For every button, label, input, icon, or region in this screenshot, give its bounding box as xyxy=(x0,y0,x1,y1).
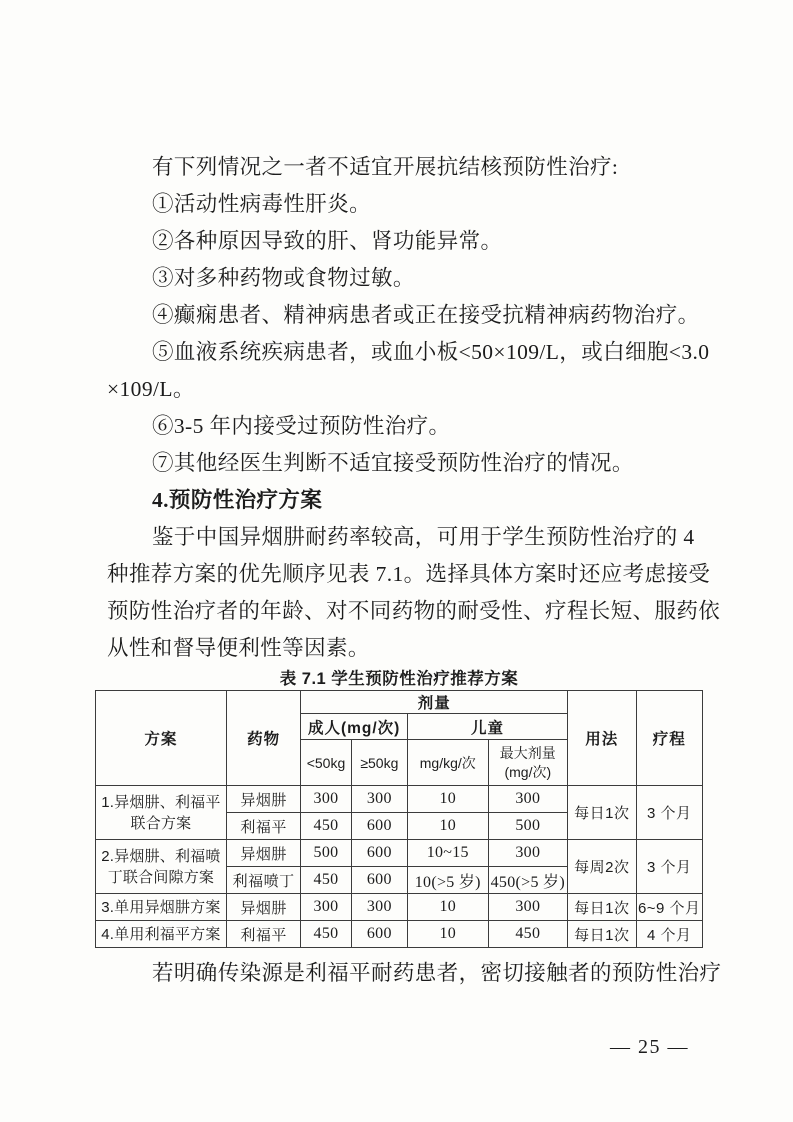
drug-cell: 异烟肼 xyxy=(226,786,300,813)
dose-cell: 10(>5 岁) xyxy=(408,867,489,894)
dose-cell: 300 xyxy=(488,786,568,813)
paragraph-line-1: 鉴于中国异烟肼耐药率较高，可用于学生预防性治疗的 4 xyxy=(107,519,699,556)
plan-cell: 3.单用异烟肼方案 xyxy=(96,894,227,921)
page-number: — 25 — xyxy=(610,1036,689,1059)
header-usage: 用法 xyxy=(568,691,636,786)
course-cell: 3 个月 xyxy=(636,840,703,894)
plan-cell: 2.异烟肼、利福喷丁联合间隙方案 xyxy=(96,840,227,894)
closing-paragraph-line: 若明确传染源是利福平耐药患者，密切接触者的预防性治疗 xyxy=(107,955,699,992)
drug-cell: 利福喷丁 xyxy=(226,867,300,894)
list-item-2: ②各种原因导致的肝、肾功能异常。 xyxy=(107,223,699,260)
list-item-4: ④癫痫患者、精神病患者或正在接受抗精神病药物治疗。 xyxy=(107,297,699,334)
header-adult-ge50kg: ≥50kg xyxy=(351,740,407,786)
dose-cell: 450 xyxy=(301,867,351,894)
dose-cell: 10 xyxy=(408,813,489,840)
text-line-intro: 有下列情况之一者不适宜开展抗结核预防性治疗: xyxy=(107,149,699,186)
course-cell: 4 个月 xyxy=(636,921,703,948)
header-plan: 方案 xyxy=(96,691,227,786)
dose-cell: 600 xyxy=(351,840,407,867)
drug-cell: 利福平 xyxy=(226,813,300,840)
dose-cell: 10 xyxy=(408,786,489,813)
drug-cell: 异烟肼 xyxy=(226,840,300,867)
list-item-3: ③对多种药物或食物过敏。 xyxy=(107,260,699,297)
dose-cell: 600 xyxy=(351,813,407,840)
section-heading: 4.预防性治疗方案 xyxy=(107,482,699,519)
header-dose: 剂量 xyxy=(301,691,568,714)
table-row: 3.单用异烟肼方案 异烟肼 300 300 10 300 每日1次 6~9 个月 xyxy=(96,894,703,921)
table-row: 1.异烟肼、利福平 联合方案 异烟肼 300 300 10 300 每日1次 3… xyxy=(96,786,703,813)
drug-cell: 利福平 xyxy=(226,921,300,948)
usage-cell: 每日1次 xyxy=(568,786,636,840)
dose-cell: 300 xyxy=(488,840,568,867)
dose-cell: 10 xyxy=(408,921,489,948)
usage-cell: 每周2次 xyxy=(568,840,636,894)
header-adult-lt50kg: <50kg xyxy=(301,740,351,786)
dose-cell: 450 xyxy=(301,921,351,948)
text-block: 有下列情况之一者不适宜开展抗结核预防性治疗: ①活动性病毒性肝炎。 ②各种原因导… xyxy=(107,149,699,992)
list-item-6: ⑥3-5 年内接受过预防性治疗。 xyxy=(107,408,699,445)
dose-cell: 500 xyxy=(488,813,568,840)
course-cell: 3 个月 xyxy=(636,786,703,840)
dose-cell: 500 xyxy=(301,840,351,867)
dose-cell: 450(>5 岁) xyxy=(488,867,568,894)
plan-cell: 4.单用利福平方案 xyxy=(96,921,227,948)
list-item-1: ①活动性病毒性肝炎。 xyxy=(107,186,699,223)
dose-cell: 10~15 xyxy=(408,840,489,867)
list-item-5: ⑤血液系统疾病患者，或血小板<50×109/L，或白细胞<3.0 xyxy=(107,334,699,371)
dose-cell: 10 xyxy=(408,894,489,921)
drug-cell: 异烟肼 xyxy=(226,894,300,921)
dose-cell: 450 xyxy=(488,921,568,948)
header-drug: 药物 xyxy=(226,691,300,786)
course-cell: 6~9 个月 xyxy=(636,894,703,921)
list-item-7: ⑦其他经医生判断不适宜接受预防性治疗的情况。 xyxy=(107,445,699,482)
document-page: 有下列情况之一者不适宜开展抗结核预防性治疗: ①活动性病毒性肝炎。 ②各种原因导… xyxy=(0,0,793,1122)
dose-cell: 300 xyxy=(301,786,351,813)
header-child: 儿童 xyxy=(408,714,568,740)
header-child-max-dose: 最大剂量 (mg/次) xyxy=(488,740,568,786)
paragraph-line-4: 从性和督导便利性等因素。 xyxy=(107,630,699,667)
dose-cell: 300 xyxy=(301,894,351,921)
plan-cell: 1.异烟肼、利福平 联合方案 xyxy=(96,786,227,840)
dose-cell: 300 xyxy=(351,894,407,921)
paragraph-line-2: 种推荐方案的优先顺序见表 7.1。选择具体方案时还应考虑接受 xyxy=(107,556,699,593)
dose-cell: 600 xyxy=(351,867,407,894)
header-adult: 成人(mg/次) xyxy=(301,714,408,740)
table-row: 4.单用利福平方案 利福平 450 600 10 450 每日1次 4 个月 xyxy=(96,921,703,948)
dose-cell: 450 xyxy=(301,813,351,840)
header-course: 疗程 xyxy=(636,691,703,786)
header-child-per-kg: mg/kg/次 xyxy=(408,740,489,786)
table-row: 2.异烟肼、利福喷丁联合间隙方案 异烟肼 500 600 10~15 300 每… xyxy=(96,840,703,867)
list-item-5-continuation: ×109/L。 xyxy=(107,371,699,408)
dose-cell: 600 xyxy=(351,921,407,948)
usage-cell: 每日1次 xyxy=(568,921,636,948)
paragraph-line-3: 预防性治疗者的年龄、对不同药物的耐受性、疗程长短、服药依 xyxy=(107,593,699,630)
treatment-schemes-table: 方案 药物 剂量 用法 疗程 成人(mg/次) 儿童 <50kg ≥50kg m… xyxy=(95,690,703,948)
usage-cell: 每日1次 xyxy=(568,894,636,921)
dose-cell: 300 xyxy=(351,786,407,813)
table-title: 表 7.1 学生预防性治疗推荐方案 xyxy=(95,669,703,689)
dose-cell: 300 xyxy=(488,894,568,921)
